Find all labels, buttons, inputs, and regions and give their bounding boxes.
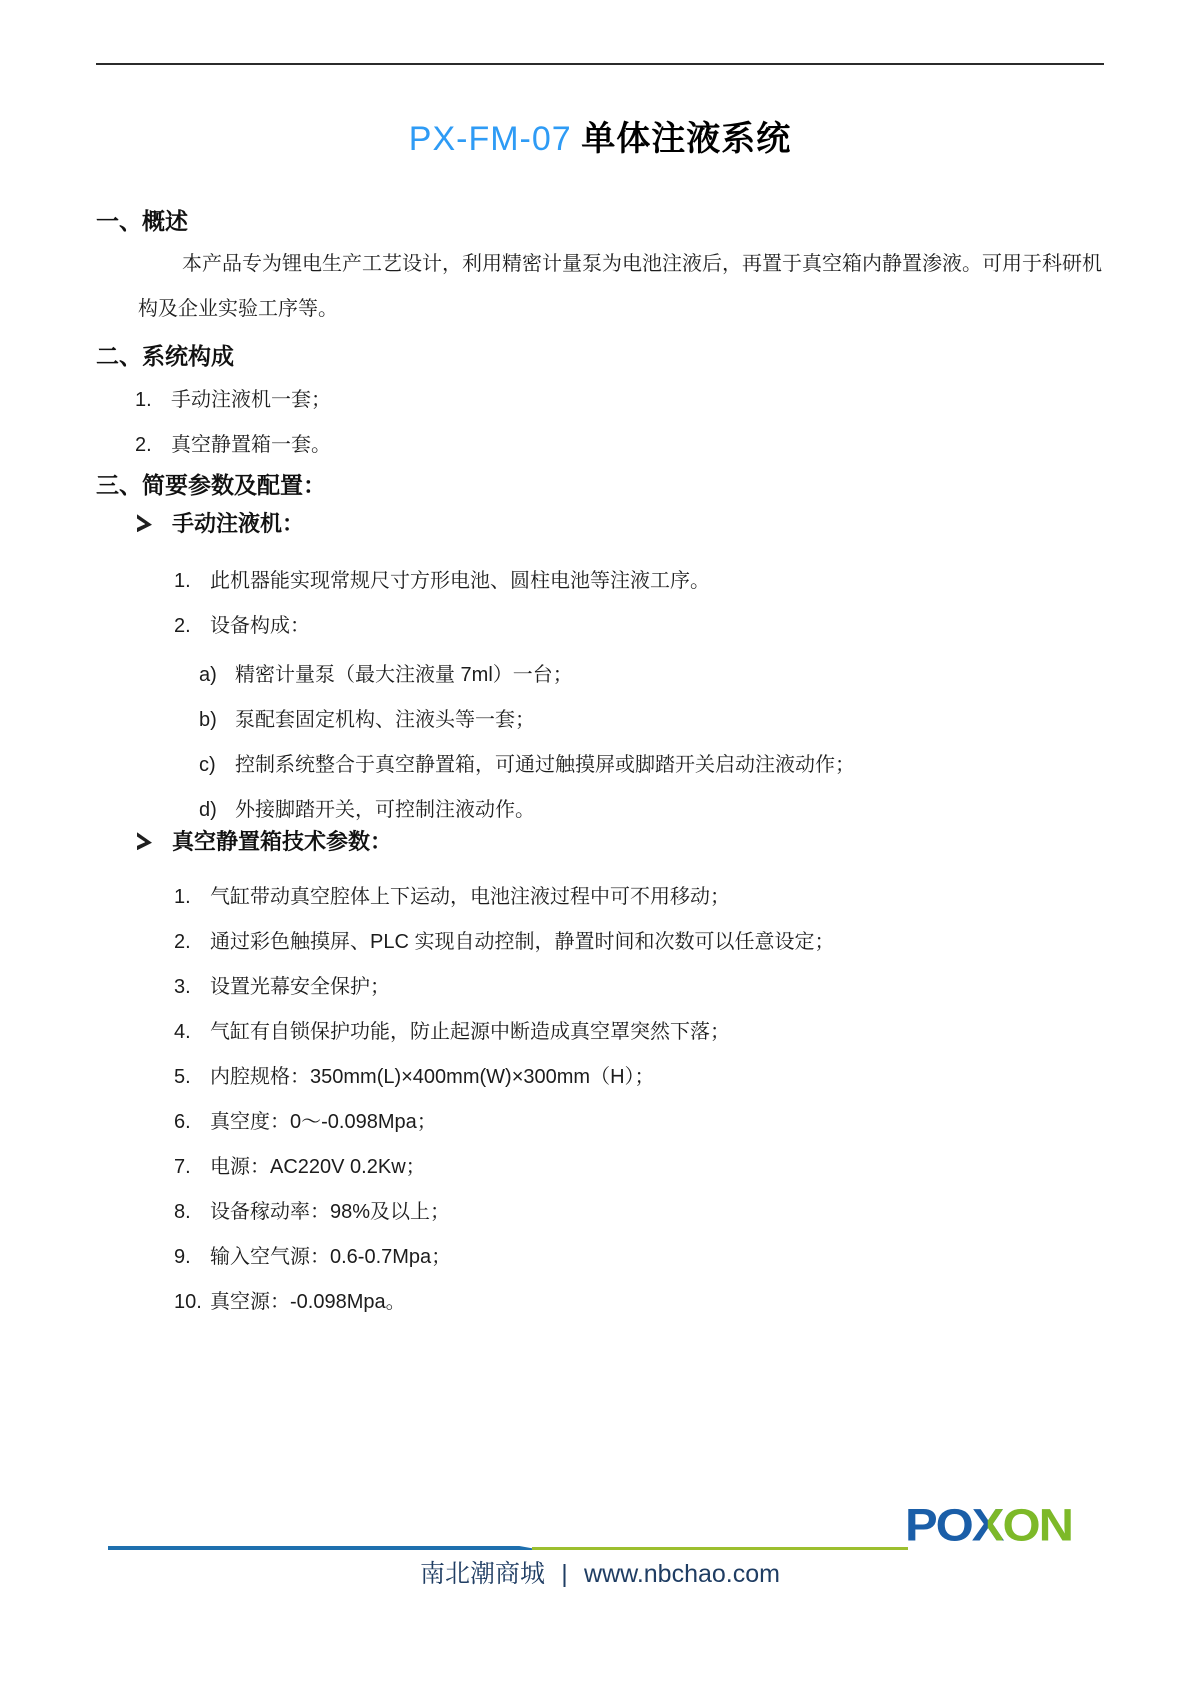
item-text: 泵配套固定机构、注液头等一套； (235, 698, 535, 743)
list-item: 9. 输入空气源：0.6-0.7Mpa； (96, 1235, 1104, 1280)
item-number: 1. (135, 378, 171, 423)
list-item: 7. 电源：AC220V 0.2Kw； (96, 1145, 1104, 1190)
item-number: 9. (174, 1235, 210, 1280)
title-model-code: PX-FM-07 (409, 120, 572, 158)
section-heading-composition: 二、系统构成 (96, 341, 1104, 371)
item-text: 气缸有自锁保护功能，防止起源中断造成真空罩突然下落； (210, 1010, 730, 1055)
composition-list: 1. 手动注液机一套； 2. 真空静置箱一套。 (96, 378, 1104, 468)
item-text: 设备稼动率：98%及以上； (210, 1190, 450, 1235)
list-item: 2. 通过彩色触摸屏、PLC 实现自动控制，静置时间和次数可以任意设定； (96, 920, 1104, 965)
item-text: 内腔规格：350mm(L)×400mm(W)×300mm（H）； (210, 1055, 655, 1100)
item-number: 1. (174, 875, 210, 920)
item-number: b) (199, 698, 235, 743)
arrow-bullet-icon (137, 514, 152, 534)
item-text: 真空静置箱一套。 (171, 423, 331, 468)
vacuum-box-parameter-list: 1. 气缸带动真空腔体上下运动，电池注液过程中可不用移动； 2. 通过彩色触摸屏… (96, 875, 1104, 1325)
item-number: c) (199, 743, 235, 788)
section-heading-overview: 一、概述 (96, 206, 1104, 236)
item-text: 真空度：0～-0.098Mpa； (210, 1100, 437, 1145)
title-product-name: 单体注液系统 (581, 121, 791, 158)
item-number: 6. (174, 1100, 210, 1145)
header-rule (96, 63, 1104, 65)
logo-letters-po: PO (905, 1504, 972, 1548)
item-number: 7. (174, 1145, 210, 1190)
arrow-bullet-icon (137, 832, 152, 852)
item-text: 电源：AC220V 0.2Kw； (210, 1145, 426, 1190)
list-item: 1. 气缸带动真空腔体上下运动，电池注液过程中可不用移动； (96, 875, 1104, 920)
section-heading-parameters: 三、简要参数及配置： (96, 470, 1104, 500)
item-text: 此机器能实现常规尺寸方形电池、圆柱电池等注液工序。 (210, 559, 710, 604)
list-item: b) 泵配套固定机构、注液头等一套； (96, 698, 1104, 743)
footer-divider-line-green (532, 1547, 908, 1550)
logo-letters-on: ON (1002, 1504, 1072, 1548)
item-number: 10. (174, 1280, 210, 1325)
list-item: 10. 真空源：-0.098Mpa。 (96, 1280, 1104, 1325)
item-number: 2. (174, 920, 210, 965)
footer-site-line: 南北潮商城 | www.nbchao.com (0, 1556, 1200, 1593)
list-item: 1. 手动注液机一套； (96, 378, 1104, 423)
item-text: 精密计量泵（最大注液量 7ml）一台； (235, 653, 573, 698)
item-number: 4. (174, 1010, 210, 1055)
item-text: 手动注液机一套； (171, 378, 331, 423)
list-item: 2. 设备构成： (96, 604, 1104, 649)
list-item: 2. 真空静置箱一套。 (96, 423, 1104, 468)
list-item: 6. 真空度：0～-0.098Mpa； (96, 1100, 1104, 1145)
overview-paragraph: 本产品专为锂电生产工艺设计，利用精密计量泵为电池注液后，再置于真空箱内静置渗液。… (138, 242, 1104, 332)
footer-separator: | (551, 1560, 578, 1588)
sub-section-manual-injector-heading: 手动注液机： (96, 507, 1104, 541)
item-number: 1. (174, 559, 210, 604)
list-item: 4. 气缸有自锁保护功能，防止起源中断造成真空罩突然下落； (96, 1010, 1104, 1055)
list-item: 8. 设备稼动率：98%及以上； (96, 1190, 1104, 1235)
item-number: 2. (135, 423, 171, 468)
list-item: c) 控制系统整合于真空静置箱，可通过触摸屏或脚踏开关启动注液动作； (96, 743, 1104, 788)
item-text: 设备构成： (210, 604, 310, 649)
item-text: 气缸带动真空腔体上下运动，电池注液过程中可不用移动； (210, 875, 730, 920)
item-number: 2. (174, 604, 210, 649)
item-number: 8. (174, 1190, 210, 1235)
list-item: a) 精密计量泵（最大注液量 7ml）一台； (96, 653, 1104, 698)
item-text: 设置光幕安全保护； (210, 965, 390, 1010)
sub-section-vacuum-box-heading: 真空静置箱技术参数： (96, 825, 1104, 859)
poxon-logo: PO X X ON (905, 1504, 1072, 1548)
list-item: 5. 内腔规格：350mm(L)×400mm(W)×300mm（H）； (96, 1055, 1104, 1100)
item-text: 真空源：-0.098Mpa。 (210, 1280, 406, 1325)
footer-divider-line-blue (108, 1546, 532, 1550)
list-item: 3. 设置光幕安全保护； (96, 965, 1104, 1010)
page-title: PX-FM-07 单体注液系统 (96, 117, 1104, 162)
footer-site-name: 南北潮商城 (420, 1561, 545, 1588)
item-text: 控制系统整合于真空静置箱，可通过触摸屏或脚踏开关启动注液动作； (235, 743, 855, 788)
manual-injector-list: 1. 此机器能实现常规尺寸方形电池、圆柱电池等注液工序。 2. 设备构成： (96, 559, 1104, 649)
item-number: 3. (174, 965, 210, 1010)
sub-heading-label: 真空静置箱技术参数： (172, 825, 392, 859)
item-text: 通过彩色触摸屏、PLC 实现自动控制，静置时间和次数可以任意设定； (210, 920, 834, 965)
item-text: 输入空气源：0.6-0.7Mpa； (210, 1235, 451, 1280)
item-number: a) (199, 653, 235, 698)
sub-heading-label: 手动注液机： (172, 507, 304, 541)
equipment-letter-list: a) 精密计量泵（最大注液量 7ml）一台； b) 泵配套固定机构、注液头等一套… (96, 653, 1104, 833)
list-item: 1. 此机器能实现常规尺寸方形电池、圆柱电池等注液工序。 (96, 559, 1104, 604)
logo-letter-x: X X (972, 1504, 1003, 1548)
footer-site-url: www.nbchao.com (584, 1560, 780, 1588)
item-number: 5. (174, 1055, 210, 1100)
